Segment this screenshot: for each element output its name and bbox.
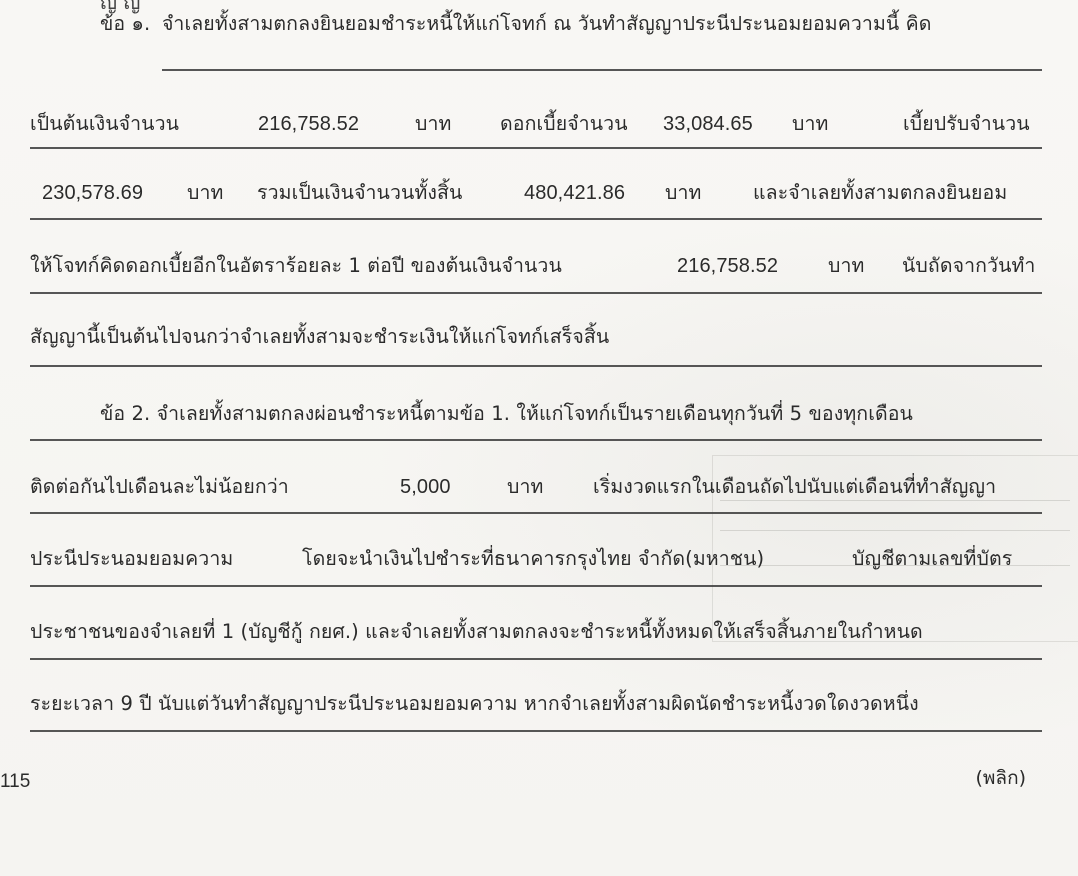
- underline: [30, 512, 1042, 514]
- page-number: 115: [0, 771, 30, 793]
- show-through-line: [720, 530, 1070, 531]
- unit-baht: บาท: [828, 252, 864, 280]
- clause2-line3-text: ประนีประนอมยอมความ: [30, 545, 233, 573]
- unit-baht: บาท: [792, 110, 828, 138]
- underline: [30, 292, 1042, 294]
- unit-baht: บาท: [187, 179, 223, 207]
- penalty-amount: 230,578.69: [42, 179, 143, 207]
- underline: [30, 439, 1042, 441]
- label-interest: ดอกเบี้ยจำนวน: [500, 110, 628, 138]
- document-page: ญ ญ ข้อ ๑. จำเลยทั้งสามตกลงยินยอมชำระหนี…: [0, 0, 1078, 876]
- total-amount: 480,421.86: [524, 179, 625, 207]
- clause2-line5: ระยะเวลา 9 ปี นับแต่วันทำสัญญาประนีประนอ…: [30, 690, 919, 718]
- clause2-line3-tail: บัญชีตามเลขที่บัตร: [852, 545, 1012, 573]
- clause1-line4: ให้โจทก์คิดดอกเบี้ยอีกในอัตราร้อยละ 1 ต่…: [30, 252, 1042, 282]
- principal-amount: 216,758.52: [677, 252, 778, 280]
- label-total: รวมเป็นเงินจำนวนทั้งสิ้น: [257, 179, 462, 207]
- clause2-line4: ประชาชนของจำเลยที่ 1 (บัญชีกู้ กยศ.) และ…: [30, 618, 923, 646]
- underline: [30, 147, 1042, 149]
- clause2-line2: ติดต่อกันไปเดือนละไม่น้อยกว่า 5,000 บาท …: [30, 473, 1042, 503]
- underline: [162, 69, 1042, 71]
- clause1-line3-tail: และจำเลยทั้งสามตกลงยินยอม: [753, 179, 1007, 207]
- clause2-line1: ข้อ 2. จำเลยทั้งสามตกลงผ่อนชำระหนี้ตามข้…: [100, 400, 913, 428]
- unit-baht: บาท: [415, 110, 451, 138]
- clause1-heading: ข้อ ๑.: [100, 10, 150, 38]
- clause1-line1: จำเลยทั้งสามตกลงยินยอมชำระหนี้ให้แก่โจทก…: [162, 10, 932, 38]
- clause1-line4-tail: นับถัดจากวันทำ: [902, 252, 1035, 280]
- underline: [30, 585, 1042, 587]
- clause1-line4-text: ให้โจทก์คิดดอกเบี้ยอีกในอัตราร้อยละ 1 ต่…: [30, 252, 562, 280]
- label-penalty: เบี้ยปรับจำนวน: [903, 110, 1030, 138]
- principal-amount: 216,758.52: [258, 110, 359, 138]
- clause1-line2: เป็นต้นเงินจำนวน 216,758.52 บาท ดอกเบี้ย…: [30, 110, 1042, 140]
- clause2-line2-tail: เริ่มงวดแรกในเดือนถัดไปนับแต่เดือนที่ทำส…: [593, 473, 996, 501]
- clause1-line5: สัญญานี้เป็นต้นไปจนกว่าจำเลยทั้งสามจะชำร…: [30, 323, 609, 351]
- bank-name: โดยจะนำเงินไปชำระที่ธนาคารกรุงไทย จำกัด(…: [302, 545, 764, 573]
- flip-page-label: (พลิก): [976, 763, 1027, 793]
- unit-baht: บาท: [507, 473, 543, 501]
- unit-baht: บาท: [665, 179, 701, 207]
- underline: [30, 730, 1042, 732]
- clause2-line3: ประนีประนอมยอมความ โดยจะนำเงินไปชำระที่ธ…: [30, 545, 1042, 575]
- label-principal: เป็นต้นเงินจำนวน: [30, 110, 179, 138]
- clause2-line2-text: ติดต่อกันไปเดือนละไม่น้อยกว่า: [30, 473, 289, 501]
- underline: [30, 365, 1042, 367]
- underline: [30, 658, 1042, 660]
- underline: [30, 218, 1042, 220]
- installment-amount: 5,000: [400, 473, 451, 501]
- clause1-line3: 230,578.69 บาท รวมเป็นเงินจำนวนทั้งสิ้น …: [30, 179, 1042, 209]
- interest-amount: 33,084.65: [663, 110, 753, 138]
